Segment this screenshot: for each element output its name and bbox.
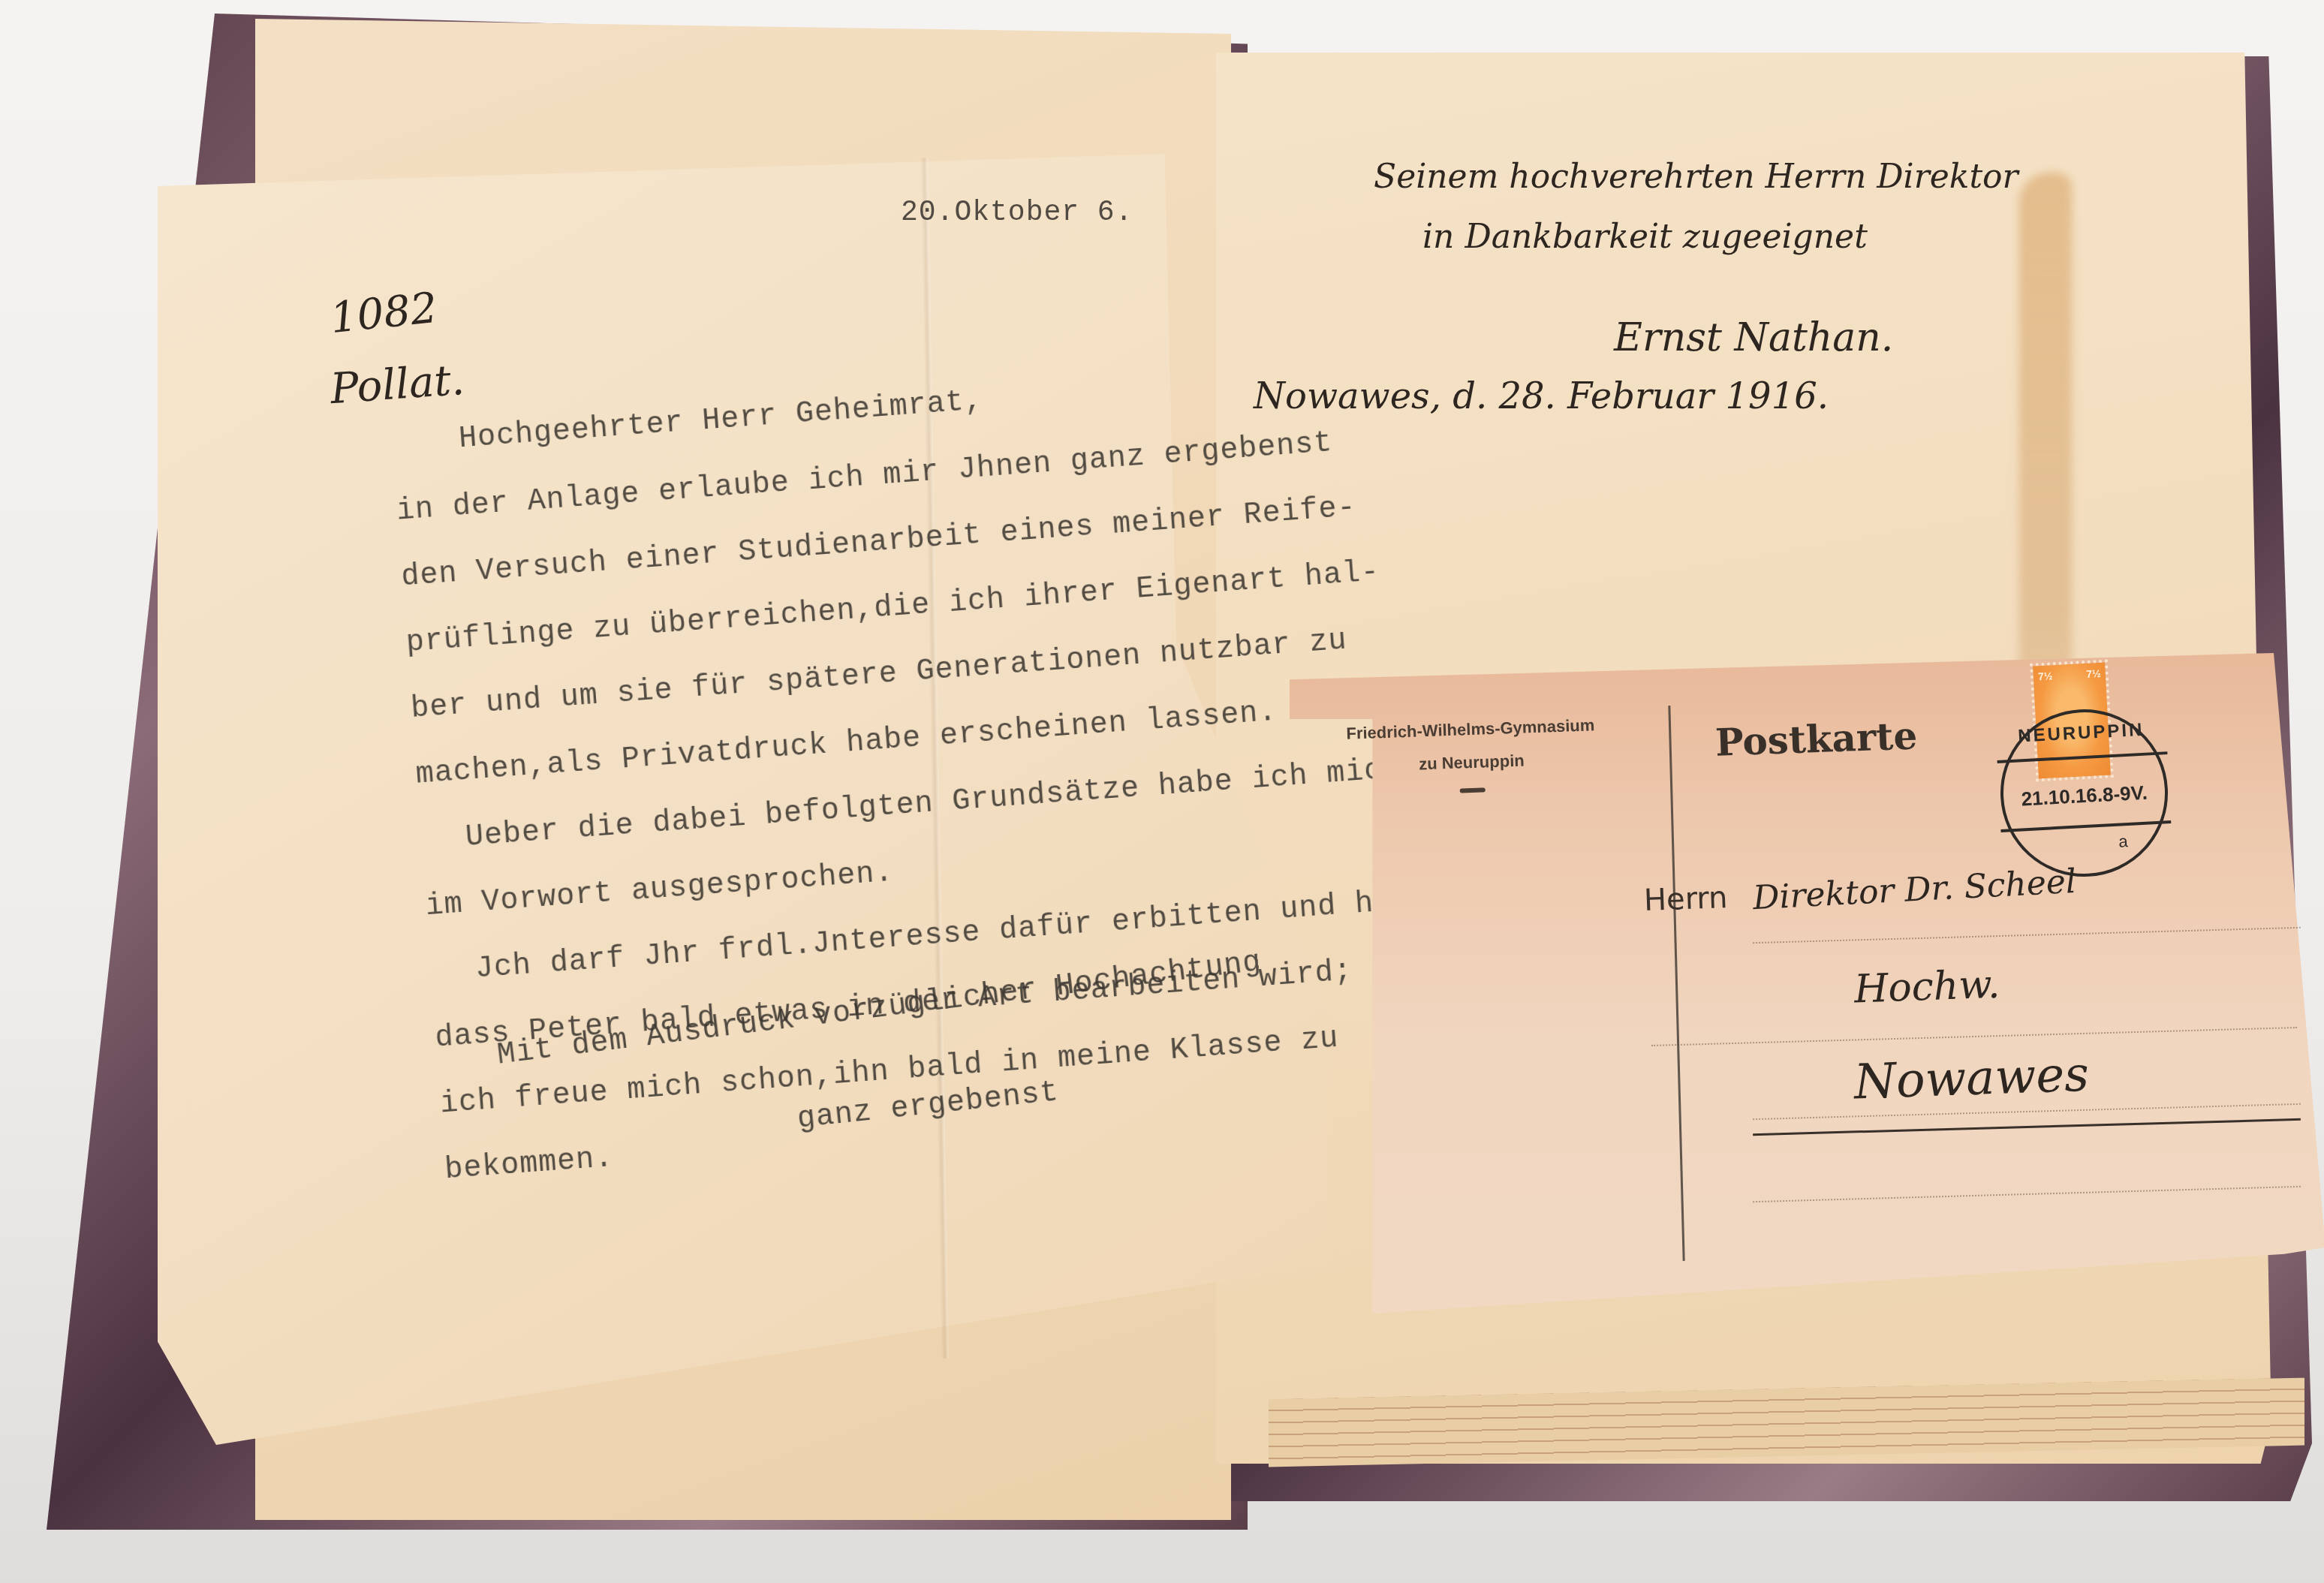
dedication-line-2: in Dankbarkeit zugeeignet — [1422, 218, 1868, 256]
ornament-dash-icon — [1460, 787, 1486, 793]
dedication-place-date: Nowawes, d. 28. Februar 1916. — [1254, 375, 1829, 417]
letter-date: 20.Oktober 6. — [901, 197, 1133, 229]
postcard-sender: Friedrich-Wilhelms-Gymnasium zu Neuruppi… — [1335, 709, 1607, 797]
address-line-2: Hochw. — [1853, 962, 2000, 1013]
letter-annotation-word: Pollat. — [329, 356, 466, 414]
postmark-date: 21.10.16.8-9V. — [2003, 780, 2166, 811]
stamp-value: 7½ — [2086, 667, 2101, 680]
postcard-title: Postkarte — [1714, 713, 1918, 764]
postmark-code: a — [2118, 832, 2129, 852]
dedication-signature: Ernst Nathan. — [1614, 315, 1893, 360]
address-line-3: Nowawes — [1853, 1047, 2090, 1111]
postcard-sender-line1: Friedrich-Wilhelms-Gymnasium — [1346, 715, 1595, 743]
stamp-value: 7½ — [2037, 670, 2052, 682]
photo-scene: Seinem hochverehrten Herrn Direktor in D… — [0, 0, 2324, 1583]
postcard-salutation: Herrn — [1643, 880, 1728, 918]
postcard-sender-line2: zu Neuruppin — [1419, 751, 1525, 774]
dedication-line-1: Seinem hochverehrten Herrn Direktor — [1374, 158, 2018, 196]
